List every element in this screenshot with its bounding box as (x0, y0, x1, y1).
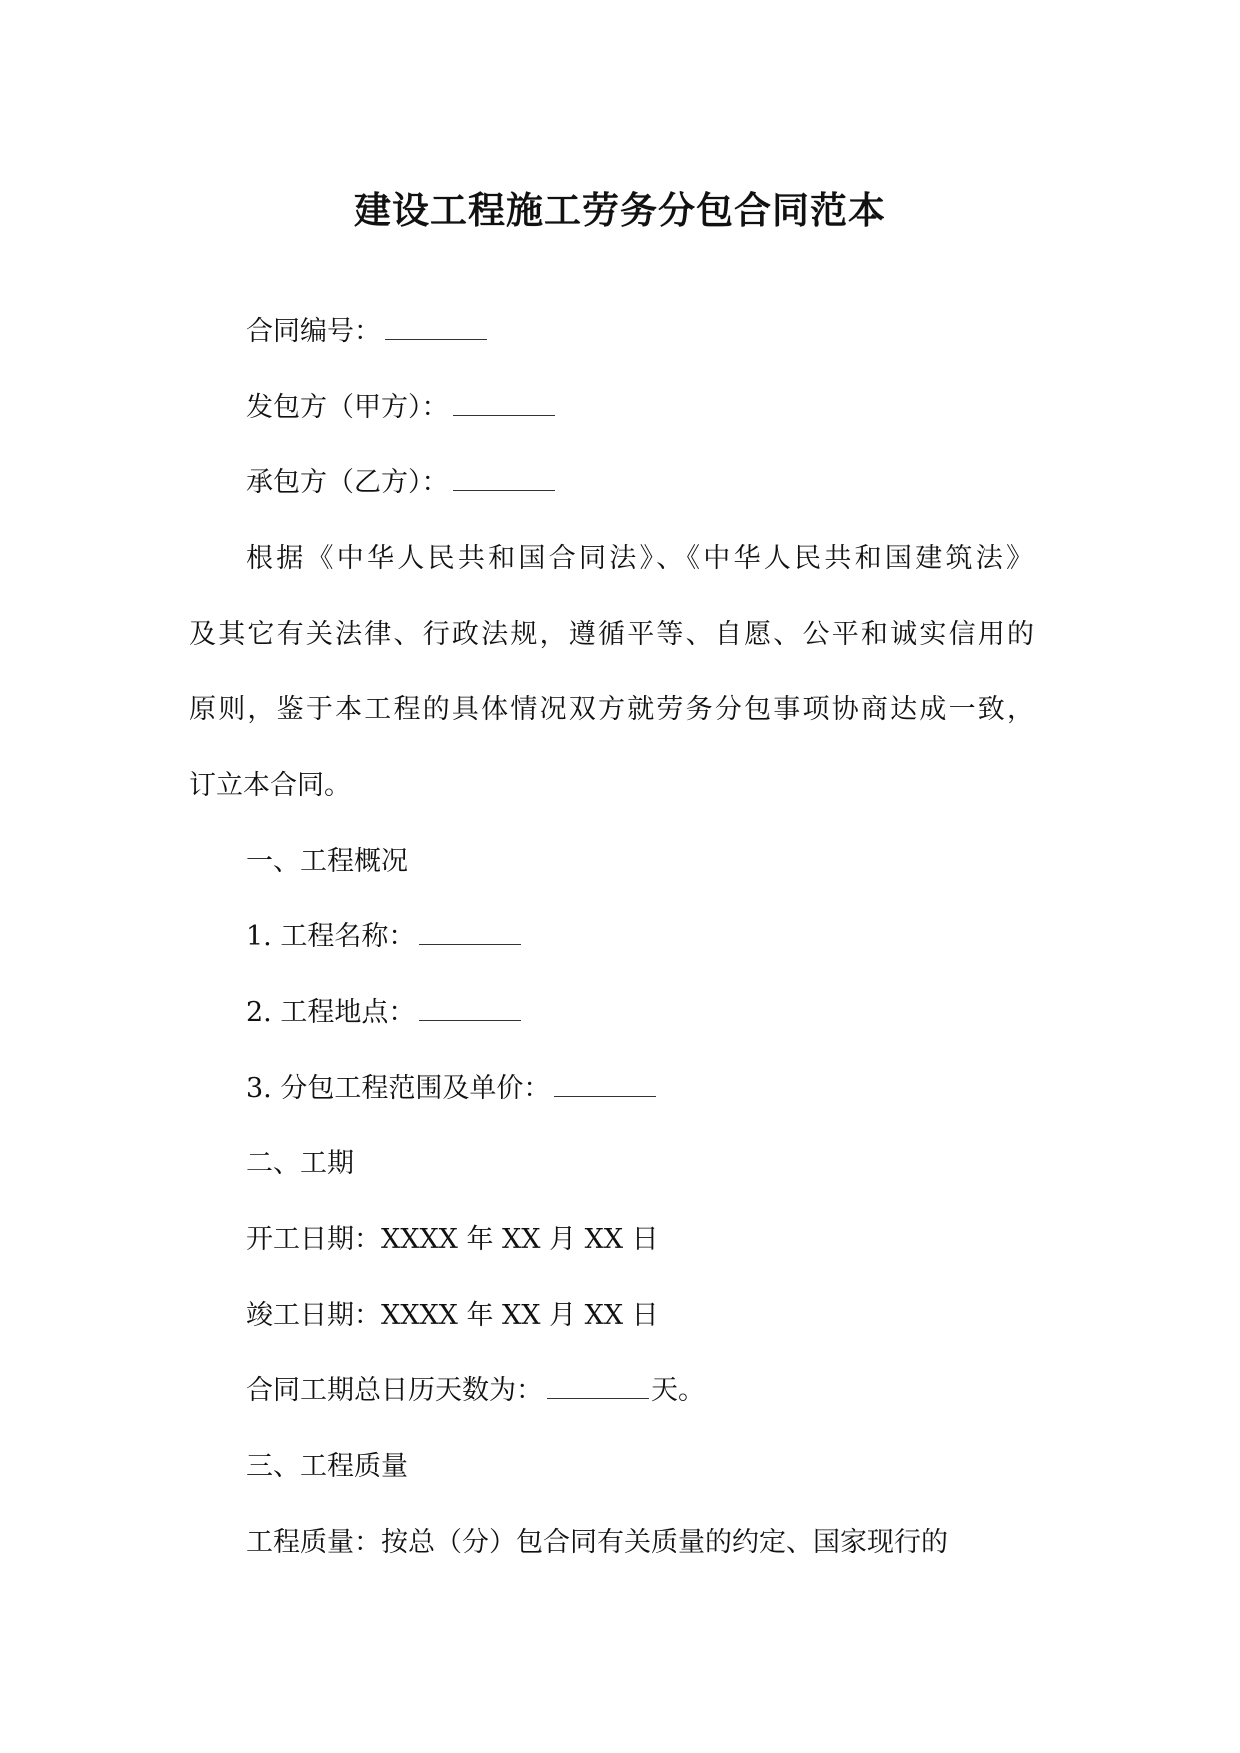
contract-number-label: 合同编号： (246, 316, 381, 347)
total-days-suffix: 天。 (651, 1375, 705, 1406)
project-location-label: 2. 工程地点： (246, 997, 415, 1028)
party-a-field: 发包方（甲方）： (246, 388, 555, 428)
project-name-blank (419, 920, 521, 945)
document-page: 建设工程施工劳务分包合同范本 合同编号： 发包方（甲方）： 承包方（乙方）： 根… (0, 0, 1240, 1753)
party-a-label: 发包方（甲方）： (246, 392, 449, 423)
total-days-label: 合同工期总日历天数为： (246, 1375, 543, 1406)
start-date-line: 开工日期：XXXX 年 XX 月 XX 日 (246, 1220, 659, 1260)
quality-text-line: 工程质量：按总（分）包合同有关质量的约定、国家现行的 (246, 1523, 948, 1563)
section-1-heading: 一、工程概况 (246, 842, 408, 882)
subcontract-scope-blank (554, 1072, 656, 1097)
party-b-blank (453, 466, 555, 491)
section-3-heading: 三、工程质量 (246, 1447, 408, 1487)
contract-number-field: 合同编号： (246, 312, 487, 352)
party-b-label: 承包方（乙方）： (246, 467, 449, 498)
contract-number-blank (385, 315, 487, 340)
preamble-line-3: 原则，鉴于本工程的具体情况双方就劳务分包事项协商达成一致， (189, 690, 1034, 730)
preamble-line-4: 订立本合同。 (189, 766, 351, 806)
end-date-line: 竣工日期：XXXX 年 XX 月 XX 日 (246, 1296, 659, 1336)
total-days-field: 合同工期总日历天数为：天。 (246, 1371, 705, 1411)
preamble-line-2: 及其它有关法律、行政法规，遵循平等、自愿、公平和诚实信用的 (189, 615, 1034, 655)
section-2-heading: 二、工期 (246, 1144, 354, 1184)
subcontract-scope-field: 3. 分包工程范围及单价： (246, 1069, 656, 1109)
document-title: 建设工程施工劳务分包合同范本 (0, 180, 1240, 234)
total-days-blank (547, 1374, 649, 1399)
preamble-line-1: 根据《中华人民共和国合同法》、《中华人民共和国建筑法》 (246, 539, 1033, 579)
project-name-field: 1. 工程名称： (246, 917, 521, 957)
subcontract-scope-label: 3. 分包工程范围及单价： (246, 1073, 550, 1104)
party-b-field: 承包方（乙方）： (246, 463, 555, 503)
project-location-blank (419, 996, 521, 1021)
project-location-field: 2. 工程地点： (246, 993, 521, 1033)
project-name-label: 1. 工程名称： (246, 921, 415, 952)
party-a-blank (453, 391, 555, 416)
